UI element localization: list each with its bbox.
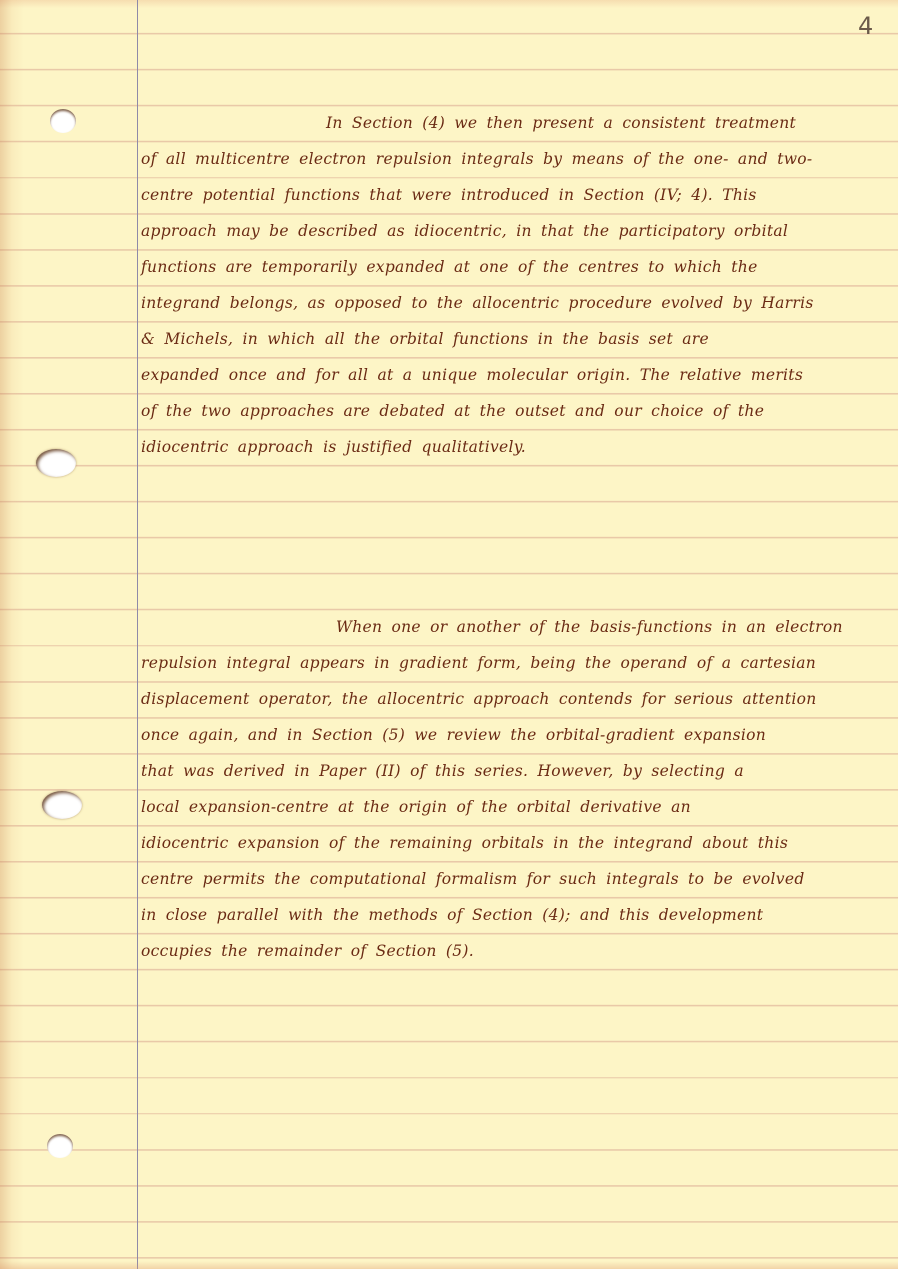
punch-hole bbox=[50, 109, 76, 133]
punch-hole bbox=[47, 1134, 73, 1158]
text-line: idiocentric expansion of the remaining o… bbox=[141, 825, 881, 861]
punch-hole-torn bbox=[36, 449, 76, 477]
notebook-page: 4 In Section (4) we then present a consi… bbox=[0, 0, 898, 1269]
text-line: centre potential functions that were int… bbox=[141, 177, 881, 213]
punch-hole bbox=[42, 791, 82, 819]
paragraph-1: In Section (4) we then present a consist… bbox=[141, 105, 881, 465]
text-line: local expansion-centre at the origin of … bbox=[141, 789, 881, 825]
text-line: integrand belongs, as opposed to the all… bbox=[141, 285, 881, 321]
text-line: repulsion integral appears in gradient f… bbox=[141, 645, 881, 681]
text-line: displacement operator, the allocentric a… bbox=[141, 681, 881, 717]
text-line: of all multicentre electron repulsion in… bbox=[141, 141, 881, 177]
page-number: 4 bbox=[858, 12, 873, 40]
text-line: that was derived in Paper (II) of this s… bbox=[141, 753, 881, 789]
text-line: expanded once and for all at a unique mo… bbox=[141, 357, 881, 393]
text-line: once again, and in Section (5) we review… bbox=[141, 717, 881, 753]
text-line: centre permits the computational formali… bbox=[141, 861, 881, 897]
paragraph-2: When one or another of the basis-functio… bbox=[141, 609, 881, 969]
text-line: occupies the remainder of Section (5). bbox=[141, 933, 881, 969]
text-line: idiocentric approach is justified qualit… bbox=[141, 429, 881, 465]
text-line: in close parallel with the methods of Se… bbox=[141, 897, 881, 933]
text-line: When one or another of the basis-functio… bbox=[141, 609, 881, 645]
text-line: of the two approaches are debated at the… bbox=[141, 393, 881, 429]
text-line: functions are temporarily expanded at on… bbox=[141, 249, 881, 285]
text-line: In Section (4) we then present a consist… bbox=[141, 105, 881, 141]
text-line: approach may be described as idiocentric… bbox=[141, 213, 881, 249]
text-line: & Michels, in which all the orbital func… bbox=[141, 321, 881, 357]
margin-line bbox=[137, 0, 138, 1269]
